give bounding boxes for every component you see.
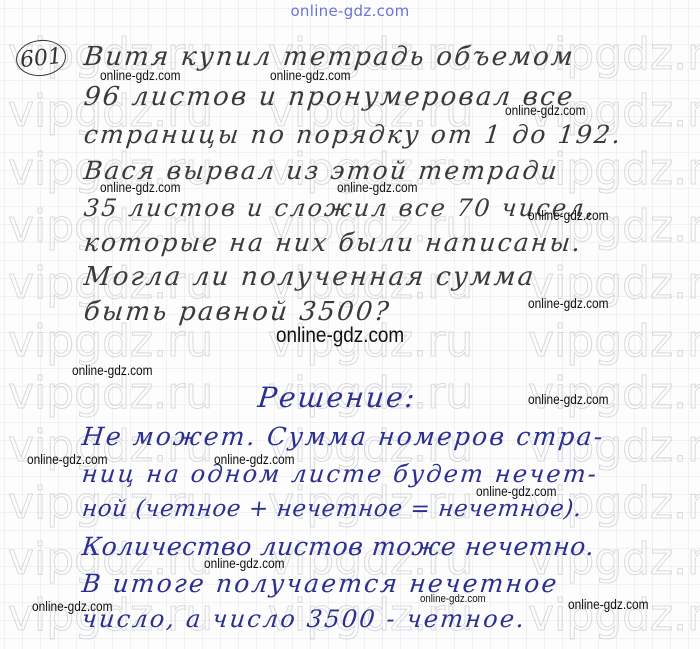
online-gdz-watermark: online-gdz.com	[72, 363, 153, 378]
online-gdz-watermark: online-gdz.com	[27, 452, 108, 467]
homework-page: online-gdz.com vipgdz.ru vipgdz.ru vipgd…	[0, 0, 700, 649]
solution-line: Не может. Сумма номеров стра-	[81, 424, 606, 449]
online-gdz-watermark: online-gdz.com	[505, 103, 586, 118]
solution-line: ниц на одном листе будет нечет-	[81, 462, 600, 486]
solution-line: ной (четное + нечетное = нечетное).	[81, 498, 583, 521]
online-gdz-watermark: online-gdz.com	[32, 599, 113, 614]
task-number-badge: 601	[14, 37, 67, 78]
problem-line: быть равной 3500?	[83, 299, 392, 325]
online-gdz-watermark: online-gdz.com	[337, 180, 418, 195]
problem-line: 35 листов и сложил все 70 чисел,	[83, 196, 597, 220]
solution-line: число, а число 3500 - четное.	[81, 607, 528, 631]
site-watermark-top: online-gdz.com	[0, 2, 700, 20]
task-number: 601	[19, 43, 63, 72]
online-gdz-watermark: online-gdz.com	[568, 597, 649, 612]
online-gdz-watermark: online-gdz.com	[100, 68, 181, 83]
vipgdz-watermark: vipgdz.ru	[8, 372, 213, 416]
problem-line: Могла ли полученная сумма	[83, 264, 537, 290]
online-gdz-watermark: online-gdz.com	[270, 68, 351, 83]
online-gdz-watermark: online-gdz.com	[528, 392, 609, 407]
solution-line: Количество листов тоже нечетно.	[81, 534, 596, 559]
online-gdz-watermark: online-gdz.com	[100, 180, 181, 195]
problem-line: 96 листов и пронумеровал все	[83, 84, 576, 110]
online-gdz-watermark: online-gdz.com	[528, 208, 609, 223]
online-gdz-watermark: online-gdz.com	[204, 556, 285, 571]
online-gdz-watermark: online-gdz.com	[214, 452, 295, 467]
online-gdz-watermark: online-gdz.com	[476, 484, 557, 499]
solution-line: В итоге получается нечетное	[81, 571, 560, 596]
online-gdz-watermark: online-gdz.com	[528, 296, 609, 311]
solution-heading: Решение:	[257, 384, 419, 412]
problem-line: страницы по порядку от 1 до 192.	[83, 122, 624, 147]
problem-line: которые на них были написаны.	[83, 230, 584, 255]
problem-line: Витя купил тетрадь объемом	[83, 44, 577, 70]
online-gdz-watermark-large: online-gdz.com	[276, 324, 404, 348]
vipgdz-watermark: vipgdz.ru	[528, 320, 700, 364]
online-gdz-watermark-small: online-gdz.com	[420, 593, 486, 605]
